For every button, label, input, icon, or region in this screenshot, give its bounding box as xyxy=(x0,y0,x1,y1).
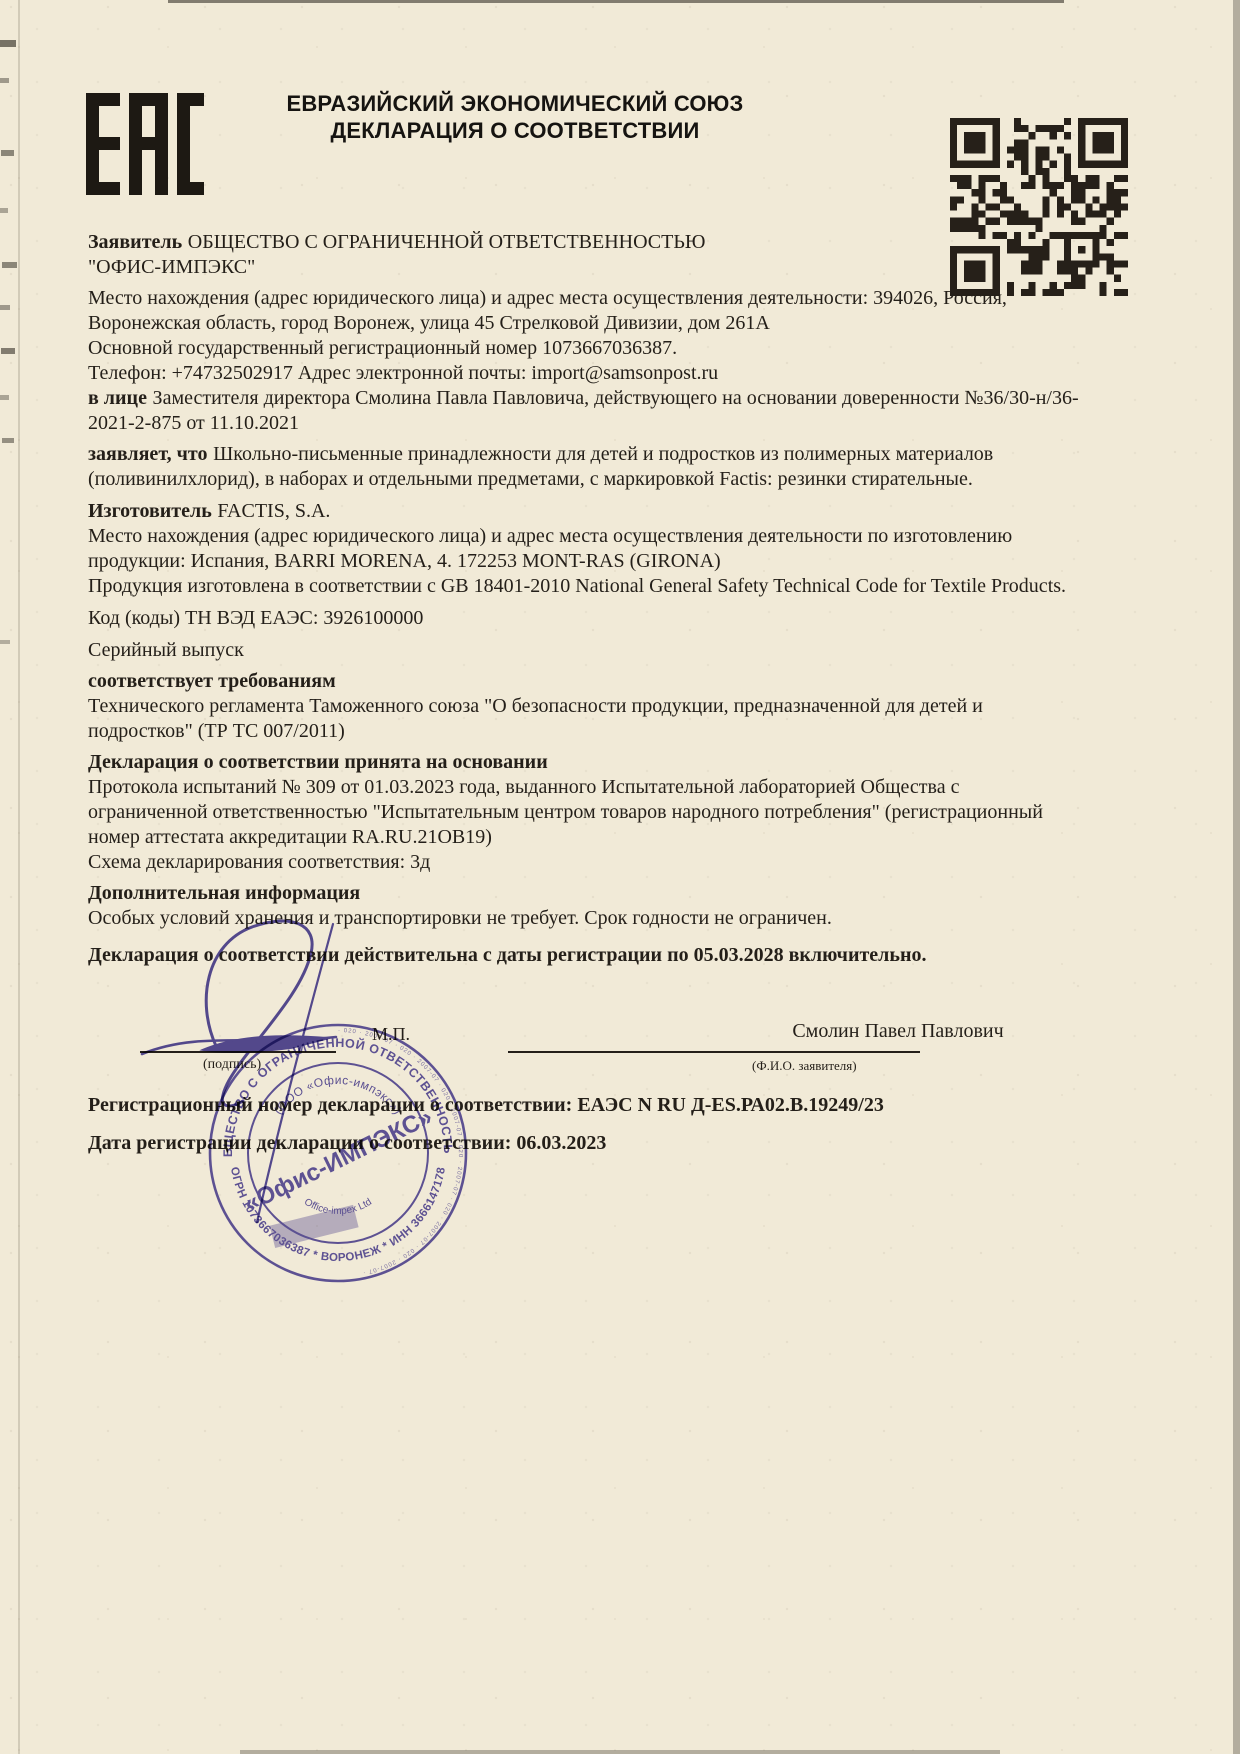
manufacturer-label: Изготовитель xyxy=(88,500,212,522)
tnved-line: Код (коды) ТН ВЭД ЕАЭС: 3926100000 xyxy=(88,606,1082,631)
declaration-body: ЗаявительОБЩЕСТВО С ОГРАНИЧЕННОЙ ОТВЕТСТ… xyxy=(88,230,1082,974)
product-description: Школьно-письменные принадлежности для де… xyxy=(88,443,993,490)
scan-artifact xyxy=(2,438,14,443)
scan-artifact-right-edge xyxy=(1233,0,1240,1754)
applicant-name-quoted: "ОФИС-ИМПЭКС" xyxy=(88,256,255,278)
basis-label: Декларация о соответствии принята на осн… xyxy=(88,750,1082,775)
manufacturer-address: Место нахождения (адрес юридического лиц… xyxy=(88,524,1082,574)
declares-paragraph: заявляет, чтоШкольно-письменные принадле… xyxy=(88,442,1082,492)
scan-artifact xyxy=(1,348,15,354)
scan-artifact xyxy=(0,305,10,310)
additional-label: Дополнительная информация xyxy=(88,881,1082,906)
eac-logo xyxy=(86,93,204,200)
scan-artifact-bottom-edge xyxy=(240,1750,1000,1754)
registration-number-value: ЕАЭС N RU Д-ES.РА02.В.19249/23 xyxy=(577,1094,884,1116)
conforms-label: соответствует требованиям xyxy=(88,669,1082,694)
paper-crease xyxy=(18,0,20,1754)
stamp-center-text: «Офис-ИМПЭКС» xyxy=(240,1103,437,1217)
represented-by-label: в лице xyxy=(88,387,147,409)
applicant-address: Место нахождения (адрес юридического лиц… xyxy=(88,286,1082,336)
represented-by-text: Заместителя директора Смолина Павла Павл… xyxy=(88,387,1079,434)
additional-text: Особых условий хранения и транспортировк… xyxy=(88,906,1082,931)
scan-artifact xyxy=(0,78,9,83)
scan-artifact-top-edge xyxy=(168,0,1064,3)
document-header: ЕВРАЗИЙСКИЙ ЭКОНОМИЧЕСКИЙ СОЮЗ ДЕКЛАРАЦИ… xyxy=(230,90,800,144)
serial-line: Серийный выпуск xyxy=(88,638,1082,663)
scan-artifact xyxy=(1,150,14,156)
applicant-label: Заявитель xyxy=(88,231,182,253)
contacts-line: Телефон: +74732502917 Адрес электронной … xyxy=(88,361,1082,386)
scan-artifact xyxy=(0,40,16,47)
manufacturer-paragraph: ИзготовительFACTIS, S.A. xyxy=(88,499,1082,524)
scheme-line: Схема декларирования соответствия: 3д xyxy=(88,850,1082,875)
declares-label: заявляет, что xyxy=(88,443,207,465)
applicant-paragraph: ЗаявительОБЩЕСТВО С ОГРАНИЧЕННОЙ ОТВЕТСТ… xyxy=(88,230,1082,280)
signer-name-line xyxy=(508,1051,920,1053)
document-type-title: ДЕКЛАРАЦИЯ О СООТВЕТСТВИИ xyxy=(230,117,800,144)
declaration-document: ЕВРАЗИЙСКИЙ ЭКОНОМИЧЕСКИЙ СОЮЗ ДЕКЛАРАЦИ… xyxy=(0,0,1240,1754)
standard-line: Продукция изготовлена в соответствии с G… xyxy=(88,574,1082,599)
stamp-ring-inner-top-text: (ООО «Офис-импэкс») xyxy=(271,1073,405,1117)
basis-text: Протокола испытаний № 309 от 01.03.2023 … xyxy=(88,775,1082,850)
validity-line: Декларация о соответствии действительна … xyxy=(88,943,1082,968)
applicant-name: ОБЩЕСТВО С ОГРАНИЧЕННОЙ ОТВЕТСТВЕННОСТЬЮ xyxy=(188,231,706,253)
scan-artifact xyxy=(0,640,10,644)
union-name: ЕВРАЗИЙСКИЙ ЭКОНОМИЧЕСКИЙ СОЮЗ xyxy=(230,90,800,117)
ogrn-line: Основной государственный регистрационный… xyxy=(88,336,1082,361)
scan-artifact xyxy=(0,395,9,400)
registration-date-value: 06.03.2023 xyxy=(516,1132,606,1154)
scan-artifact xyxy=(2,262,17,268)
name-caption: (Ф.И.О. заявителя) xyxy=(752,1058,857,1074)
stamp-ring-inner-bottom-text: Office-impex Ltd xyxy=(302,1197,374,1217)
conforms-text: Технического регламента Таможенного союз… xyxy=(88,694,1082,744)
represented-by-paragraph: в лицеЗаместителя директора Смолина Павл… xyxy=(88,386,1082,436)
signer-name: Смолин Павел Павлович xyxy=(668,1020,1128,1043)
company-stamp: · 020 · 2007-07 · 020 · 2007-07 · 020 · … xyxy=(205,1020,471,1286)
manufacturer-name: FACTIS, S.A. xyxy=(217,500,330,522)
scan-artifact xyxy=(0,208,8,213)
